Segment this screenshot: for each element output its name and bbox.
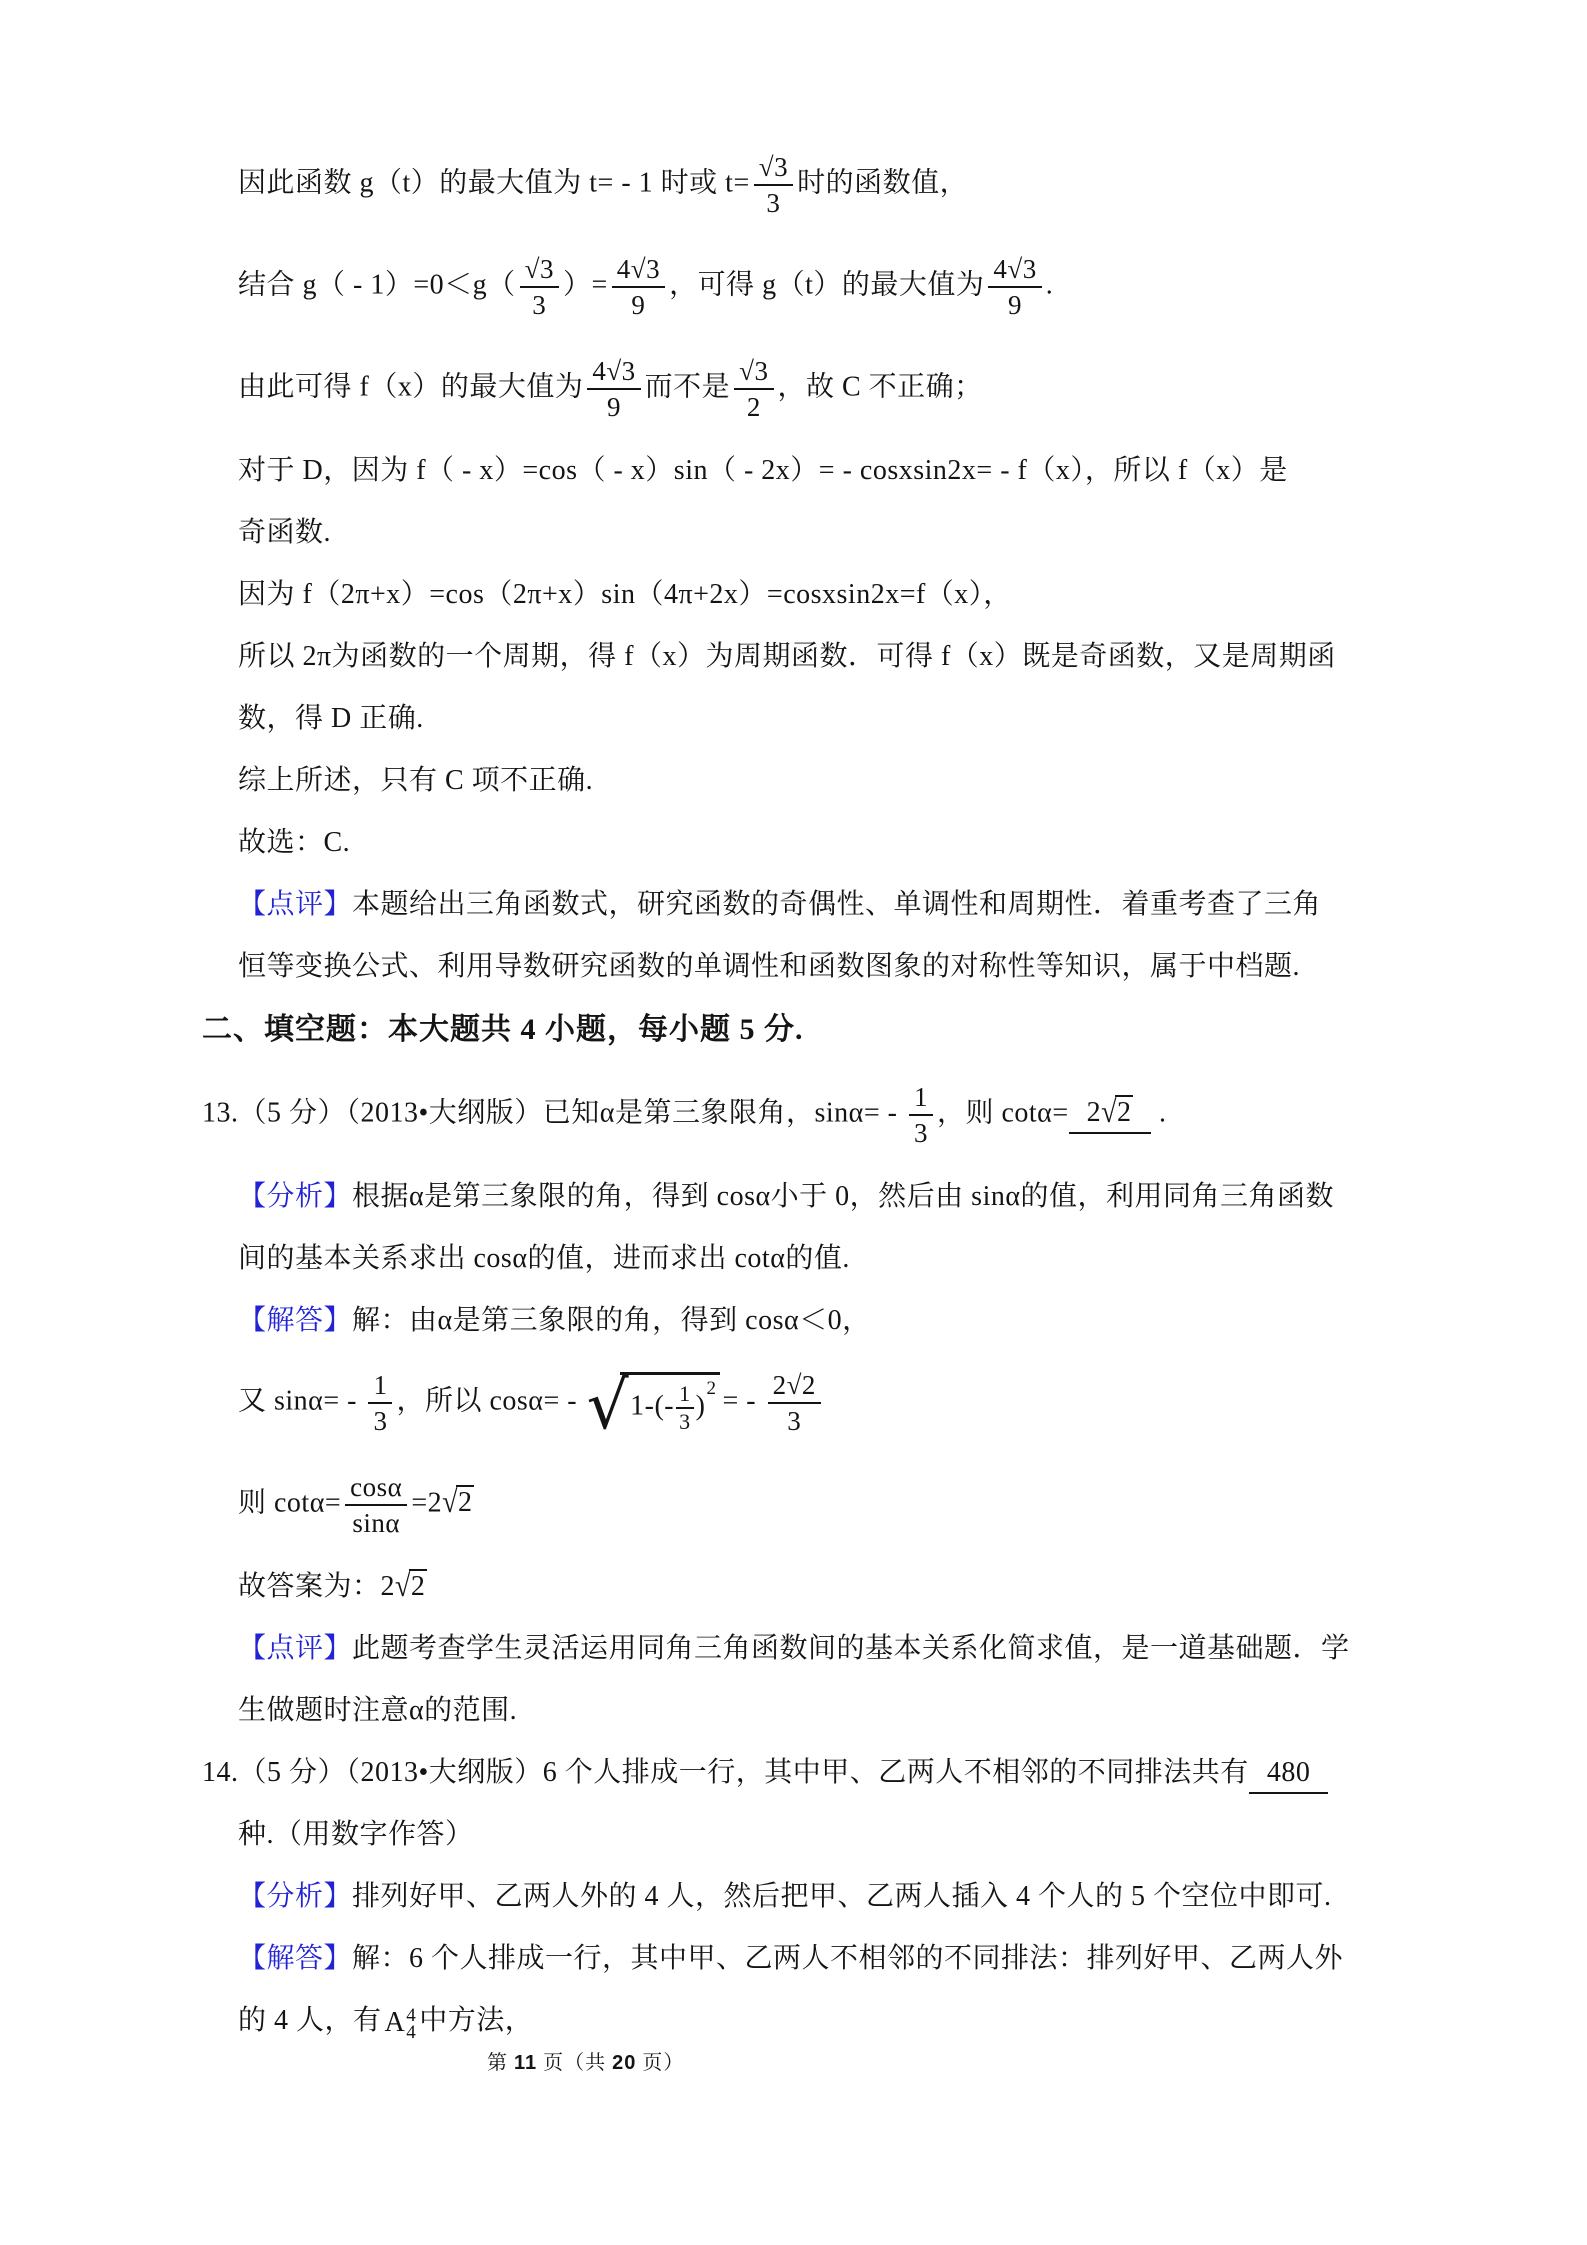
radical-sign: √ — [631, 254, 646, 284]
q12-comment-line-1: 【点评】本题给出三角函数式，研究函数的奇偶性、单调性和周期性．着重考查了三角 — [202, 880, 1397, 930]
q12-solution-line-8: 数，得 D 正确. — [202, 694, 1397, 744]
q14-analysis-line: 【分析】排列好甲、乙两人外的 4 人，然后把甲、乙两人插入 4 个人的 5 个空… — [202, 1872, 1397, 1922]
label-fenxi: 【分析】 — [238, 1881, 352, 1912]
fraction-2sqrt2-over-3: 2√23 — [768, 1368, 821, 1438]
numerator: cosα — [345, 1470, 407, 1504]
text-run: 结合 g（ - 1）=0＜g（ — [238, 269, 516, 300]
total-page-number: 20 — [612, 2052, 636, 2074]
text-run: 恒等变换公式、利用导数研究函数的单调性和函数图象的对称性等知识，属于中档题. — [238, 951, 1300, 982]
denominator: 3 — [676, 1407, 694, 1435]
fraction-4sqrt3-over-9: 4√39 — [988, 252, 1041, 322]
q13-answer-blank: 2√2 — [1069, 1094, 1152, 1134]
answer-coefficient: 2 — [1087, 1097, 1102, 1128]
numerator: 1 — [368, 1368, 392, 1402]
answer-value: 480 — [1267, 1757, 1311, 1788]
fraction-sqrt3-over-3: √33 — [754, 150, 793, 220]
exponent: 2 — [706, 1364, 716, 1414]
q14-solution-line-1: 【解答】解：6 个人排成一行，其中甲、乙两人不相邻的不同排法：排列好甲、乙两人外 — [202, 1934, 1397, 1984]
radicand: 2 — [1115, 1095, 1134, 1128]
q12-solution-line-4: 对于 D，因为 f（ - x）=cos（ - x）sin（ - 2x）= - c… — [202, 446, 1397, 496]
q12-solution-line-7: 所以 2π为函数的一个周期，得 f（x）为周期函数．可得 f（x）既是奇函数，又… — [202, 632, 1397, 682]
radical-sign: √ — [525, 254, 540, 284]
text-run: 种.（用数字作答） — [238, 1819, 474, 1850]
section-heading-fill-in-blanks: 二、填空题：本大题共 4 小题，每小题 5 分. — [202, 1004, 1397, 1056]
label-dianping: 【点评】 — [238, 1633, 352, 1664]
denominator: 3 — [754, 184, 793, 220]
fraction-cos-over-sin: cosαsinα — [345, 1470, 407, 1540]
text-run: ，所以 cosα= - — [396, 1385, 584, 1416]
radical-sign: √ — [787, 1370, 802, 1400]
text-run: 因此函数 g（t）的最大值为 t= - 1 时或 t= — [238, 167, 750, 198]
radical-sign: √ — [739, 356, 754, 386]
radicand: 2 — [409, 1569, 428, 1602]
fraction-1-over-3: 13 — [909, 1080, 933, 1150]
q12-solution-line-9: 综上所述，只有 C 项不正确. — [202, 756, 1397, 806]
radical-sign: √ — [1101, 1092, 1117, 1135]
text-run: 解：6 个人排成一行，其中甲、乙两人不相邻的不同排法：排列好甲、乙两人外 — [352, 1943, 1343, 1974]
text-run: 又 sinα= - — [238, 1385, 364, 1416]
text-run: 对于 D，因为 f（ - x）=cos（ - x）sin（ - 2x）= - c… — [238, 455, 1288, 486]
text-run: 二、填空题：本大题共 4 小题，每小题 5 分. — [202, 1013, 804, 1046]
text-run: ) — [696, 1390, 706, 1421]
radicand: 3 — [646, 254, 660, 284]
q12-solution-line-1: 因此函数 g（t）的最大值为 t= - 1 时或 t=√33时的函数值， — [202, 140, 1397, 230]
radical-sign: √ — [606, 356, 621, 386]
q13-solution-line-1: 【解答】解：由α是第三象限的角，得到 cosα＜0， — [202, 1296, 1397, 1346]
text-run: = - — [722, 1385, 763, 1416]
radicand: 3 — [755, 356, 769, 386]
denominator: 9 — [612, 286, 665, 322]
text-run: 解：由α是第三象限的角，得到 cosα＜0， — [352, 1305, 871, 1336]
text-run: 的 4 人，有 — [238, 2005, 382, 2036]
text-run: 由此可得 f（x）的最大值为 — [238, 371, 583, 402]
fraction-1-over-3: 13 — [368, 1368, 392, 1438]
q12-solution-line-2: 结合 g（ - 1）=0＜g（√33）=4√39，可得 g（t）的最大值为4√3… — [202, 242, 1397, 332]
numerator: 1 — [676, 1381, 694, 1407]
current-page-number: 11 — [514, 2052, 537, 2074]
text-run: 14.（5 分）（2013•大纲版）6 个人排成一行，其中甲、乙两人不相邻的不同… — [202, 1757, 1249, 1788]
radicand: 3 — [540, 254, 554, 284]
q12-answer-line: 故选：C. — [202, 818, 1397, 868]
label-dianping: 【点评】 — [238, 889, 352, 920]
q14-answer-blank: 480 — [1249, 1754, 1329, 1794]
q14-stem-line-2: 种.（用数字作答） — [202, 1810, 1397, 1860]
radicand: 2 — [802, 1370, 816, 1400]
q13-comment-line-2: 生做题时注意α的范围. — [202, 1686, 1397, 1736]
label-jieda: 【解答】 — [238, 1305, 352, 1336]
denominator: 3 — [768, 1402, 821, 1438]
text-run: ，可得 g（t）的最大值为 — [669, 269, 984, 300]
radical-sign: √ — [587, 1373, 630, 1439]
q13-comment-line-1: 【点评】此题考查学生灵活运用同角三角函数间的基本关系化简求值，是一道基础题．学 — [202, 1624, 1397, 1674]
radicand: 2 — [456, 1485, 475, 1518]
text-run: 第 — [487, 2052, 514, 2074]
fraction-sqrt3-over-2: √32 — [734, 354, 773, 424]
denominator: 2 — [734, 388, 773, 424]
text-run: 所以 2π为函数的一个周期，得 f（x）为周期函数．可得 f（x）既是奇函数，又… — [238, 641, 1336, 672]
label-jieda: 【解答】 — [238, 1943, 352, 1974]
coefficient: 4 — [592, 356, 606, 386]
sqrt-2: √2 — [442, 1487, 474, 1518]
text-run: 13.（5 分）（2013•大纲版）已知α是第三象限角，sinα= - — [202, 1097, 905, 1128]
text-run: . — [1046, 269, 1054, 300]
radicand: 3 — [1023, 254, 1037, 284]
text-run: 中方法， — [419, 2005, 533, 2036]
text-run: 则 cotα= — [238, 1487, 341, 1518]
sqrt-2: √2 — [395, 1571, 427, 1602]
sqrt-2: √2 — [1101, 1097, 1133, 1128]
text-run: 因为 f（2π+x）=cos（2π+x）sin（4π+2x）=cosxsin2x… — [238, 579, 1012, 610]
text-run: =2 — [411, 1487, 442, 1518]
text-run: 排列好甲、乙两人外的 4 人，然后把甲、乙两人插入 4 个人的 5 个空位中即可… — [352, 1881, 1332, 1912]
page-footer: 第 11 页（共 20 页） — [487, 2046, 684, 2075]
text-run: 时的函数值， — [797, 167, 968, 198]
denominator: 9 — [587, 388, 640, 424]
q12-solution-line-5: 奇函数. — [202, 508, 1397, 558]
denominator: 3 — [520, 286, 559, 322]
sqrt-expression: √1-(-13)2 — [587, 1370, 721, 1436]
text-run: 故选：C. — [238, 827, 350, 858]
radical-sign: √ — [1007, 254, 1022, 284]
q13-stem: 13.（5 分）（2013•大纲版）已知α是第三象限角，sinα= - 13，则… — [202, 1070, 1397, 1160]
q14-stem-line-1: 14.（5 分）（2013•大纲版）6 个人排成一行，其中甲、乙两人不相邻的不同… — [202, 1748, 1397, 1798]
document-page: 因此函数 g（t）的最大值为 t= - 1 时或 t=√33时的函数值， 结合 … — [0, 0, 1587, 2245]
text-run: 综上所述，只有 C 项不正确. — [238, 765, 593, 796]
fraction-4sqrt3-over-9: 4√39 — [612, 252, 665, 322]
text-run: 页（共 — [537, 2052, 612, 2074]
q13-solution-line-3: 则 cotα=cosαsinα=2√2 — [202, 1460, 1397, 1550]
q13-analysis-line-2: 间的基本关系求出 cosα的值，进而求出 cotα的值. — [202, 1234, 1397, 1284]
fraction-sqrt3-over-3: √33 — [520, 252, 559, 322]
text-run: 间的基本关系求出 cosα的值，进而求出 cotα的值. — [238, 1243, 850, 1274]
text-run: 页） — [636, 2052, 684, 2074]
coefficient: 2 — [773, 1370, 787, 1400]
denominator: 3 — [368, 1402, 392, 1438]
q12-solution-line-6: 因为 f（2π+x）=cos（2π+x）sin（4π+2x）=cosxsin2x… — [202, 570, 1397, 620]
permutation-base: A — [385, 2007, 406, 2038]
q13-solution-line-2: 又 sinα= - 13，所以 cosα= - √1-(-13)2= - 2√2… — [202, 1358, 1397, 1448]
q12-comment-line-2: 恒等变换公式、利用导数研究函数的单调性和函数图象的对称性等知识，属于中档题. — [202, 942, 1397, 992]
radical-sign: √ — [395, 1559, 411, 1615]
text-run: 生做题时注意α的范围. — [238, 1695, 517, 1726]
text-run: 此题考查学生灵活运用同角三角函数间的基本关系化简求值，是一道基础题．学 — [352, 1633, 1350, 1664]
denominator: 3 — [909, 1114, 933, 1150]
text-run: 本题给出三角函数式，研究函数的奇偶性、单调性和周期性．着重考查了三角 — [352, 889, 1321, 920]
fraction-4sqrt3-over-9: 4√39 — [587, 354, 640, 424]
radicand: 3 — [774, 152, 788, 182]
coefficient: 4 — [617, 254, 631, 284]
radical-sign: √ — [442, 1475, 458, 1531]
text-run: . — [1151, 1097, 1166, 1128]
permutation-subscript: 4 — [406, 2024, 416, 2041]
text-run: 根据α是第三象限的角，得到 cosα小于 0，然后由 sinα的值，利用同角三角… — [352, 1181, 1334, 1212]
q14-solution-line-2: 的 4 人，有A44中方法， — [202, 1996, 1397, 2048]
text-run: ，则 cotα= — [937, 1097, 1069, 1128]
q12-solution-line-3: 由此可得 f（x）的最大值为4√39而不是√32，故 C 不正确； — [202, 344, 1397, 434]
text-run: ，故 C 不正确； — [778, 371, 983, 402]
radicand: 3 — [622, 356, 636, 386]
text-run: 而不是 — [645, 371, 731, 402]
text-run: 奇函数. — [238, 517, 331, 548]
permutation-A-4-4: A44 — [385, 1998, 417, 2048]
coefficient: 4 — [993, 254, 1007, 284]
text-run: ）= — [563, 269, 608, 300]
numerator: 1 — [909, 1080, 933, 1114]
denominator: sinα — [345, 1504, 407, 1540]
label-fenxi: 【分析】 — [238, 1181, 352, 1212]
radical-sign: √ — [759, 152, 774, 182]
text-run: 1-(- — [630, 1390, 674, 1421]
q13-answer-line: 故答案为：2√2 — [202, 1562, 1397, 1612]
denominator: 9 — [988, 286, 1041, 322]
text-run: 数，得 D 正确. — [238, 703, 424, 734]
q13-analysis-line-1: 【分析】根据α是第三象限的角，得到 cosα小于 0，然后由 sinα的值，利用… — [202, 1172, 1397, 1222]
text-run: 故答案为：2 — [238, 1571, 395, 1602]
fraction-1-over-3: 13 — [676, 1381, 694, 1435]
